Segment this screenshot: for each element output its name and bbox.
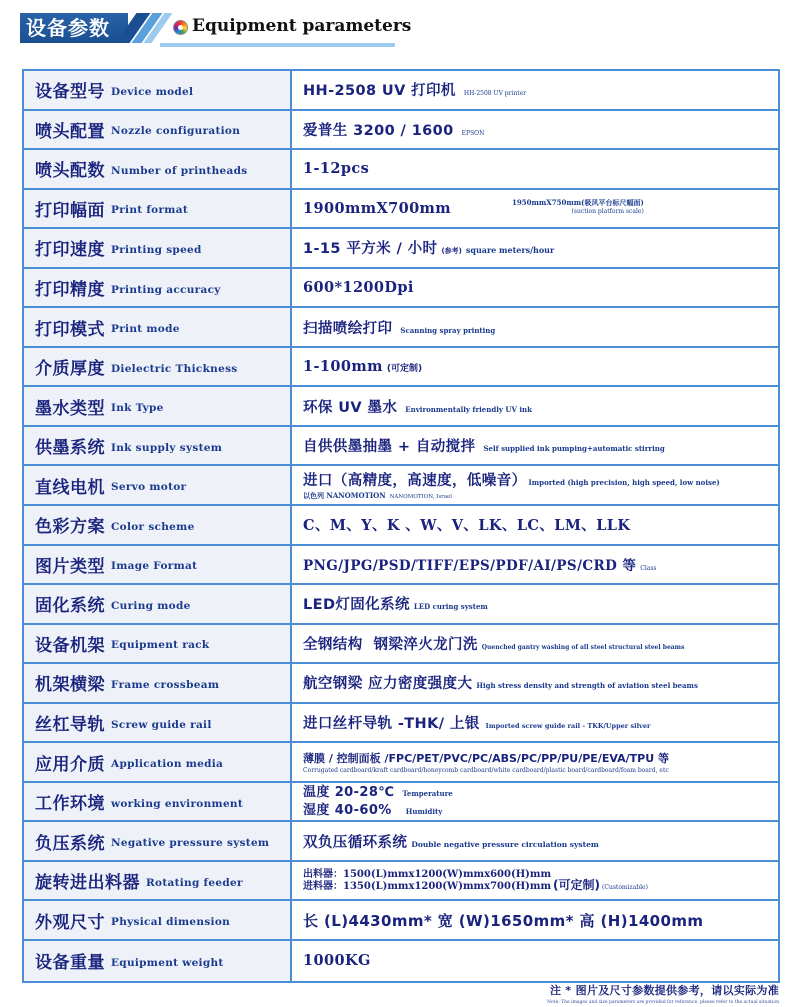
label-en: Frame crossbeam — [111, 679, 219, 691]
label-cn: 工作环境 — [35, 789, 105, 814]
value-main: 双负压循环系统 — [303, 831, 407, 852]
value-sub: Corrugated cardboard/kraft cardboard/hon… — [303, 767, 669, 774]
value-main: 1-100mm — [303, 358, 383, 375]
spec-row-number-of-printheads: 喷头配数 Number of printheads 1-12pcs — [24, 150, 778, 190]
spec-table: 设备型号 Device model HH-2508 UV 打印机 HH-2508… — [22, 69, 780, 983]
label-cn: 直线电机 — [35, 473, 105, 498]
label-cell: 丝杠导轨 Screw guide rail — [24, 704, 292, 742]
label-cell: 设备型号 Device model — [24, 71, 292, 109]
spec-row-screw-guide-rail: 丝杠导轨 Screw guide rail 进口丝杆导轨 -THK/ 上银 Im… — [24, 704, 778, 744]
spec-row-equipment-weight: 设备重量 Equipment weight 1000KG — [24, 941, 778, 981]
color-wheel-icon — [173, 20, 188, 35]
value-main: 自供供墨抽墨 + 自动搅拌 — [303, 435, 475, 456]
value-cell: 1-100mm (可定制) — [292, 348, 778, 386]
label-cn: 机架横梁 — [35, 670, 105, 695]
value-cell: 薄膜 / 控制面板 /FPC/PET/PVC/PC/ABS/PC/PP/PU/P… — [292, 743, 778, 781]
spec-row-ink-type: 墨水类型 Ink Type 环保 UV 墨水 Environmentally f… — [24, 387, 778, 427]
label-en: Printing speed — [111, 244, 202, 256]
label-cn: 打印速度 — [35, 235, 105, 260]
label-en: Nozzle configuration — [111, 125, 240, 137]
value-en: Class — [640, 565, 656, 572]
spec-row-physical-dimension: 外观尺寸 Physical dimension 长 (L)4430mm* 宽 (… — [24, 901, 778, 941]
value-main: C、M、Y、K 、W、V、LK、LC、LM、LLK — [303, 514, 630, 535]
label-cell: 喷头配置 Nozzle configuration — [24, 111, 292, 149]
label-cn: 设备重量 — [35, 948, 105, 973]
value-main: 环保 UV 墨水 — [303, 396, 397, 417]
value-cell: 爱普生 3200 / 1600 EPSON — [292, 111, 778, 149]
value-cell: 全钢结构 钢梁淬火龙门洗 Quenched gantry washing of … — [292, 625, 778, 663]
label-en: Screw guide rail — [111, 719, 212, 731]
value-en: Environmentally friendly UV ink — [405, 405, 532, 414]
label-cell: 外观尺寸 Physical dimension — [24, 901, 292, 939]
value-main: 进口丝杆导轨 -THK/ 上银 — [303, 712, 480, 733]
label-cell: 固化系统 Curing mode — [24, 585, 292, 623]
value-en: Self supplied ink pumping+automatic stir… — [483, 444, 664, 453]
humidity-label-en: Humidity — [406, 803, 443, 820]
value-main: 扫描喷绘打印 — [303, 317, 392, 338]
label-en: Ink supply system — [111, 442, 222, 454]
label-cell: 负压系统 Negative pressure system — [24, 822, 292, 860]
label-en: Print mode — [111, 323, 180, 335]
spec-row-negative-pressure-system: 负压系统 Negative pressure system 双负压循环系统 Do… — [24, 822, 778, 862]
value-cell: PNG/JPG/PSD/TIFF/EPS/PDF/AI/PS/CRD 等 Cla… — [292, 546, 778, 584]
spec-row-image-format: 图片类型 Image Format PNG/JPG/PSD/TIFF/EPS/P… — [24, 546, 778, 586]
value-cell: 600*1200Dpi — [292, 269, 778, 307]
spec-row-servo-motor: 直线电机 Servo motor 进口（高精度，高速度，低噪音） Importe… — [24, 466, 778, 506]
value-cell: 1-15 平方米 / 小时 (参考) square meters/hour — [292, 229, 778, 267]
value-en: Quenched gantry washing of all steel str… — [482, 644, 685, 651]
label-en: Image Format — [111, 560, 197, 572]
value-en: Imported screw guide rail - TKK/Upper si… — [486, 722, 651, 730]
customizable-en: (Customizable) — [602, 884, 648, 891]
section-title-cn: 设备参数 — [20, 13, 128, 43]
label-en: Print format — [111, 204, 188, 216]
footer-note-cn: 注 * 图片及尺寸参数提供参考，请以实际为准 — [547, 982, 779, 998]
label-cell: 图片类型 Image Format — [24, 546, 292, 584]
value-main: 1-12pcs — [303, 160, 369, 177]
temperature-label-en: Temperature — [402, 785, 452, 802]
value-cell: 扫描喷绘打印 Scanning spray printing — [292, 308, 778, 346]
label-cn: 旋转进出料器 — [35, 868, 140, 893]
label-cn: 负压系统 — [35, 829, 105, 854]
value-cell: 进口（高精度，高速度，低噪音） Imported (high precision… — [292, 466, 778, 504]
label-cell: 设备机架 Equipment rack — [24, 625, 292, 663]
spec-row-curing-mode: 固化系统 Curing mode LED灯固化系统 LED curing sys… — [24, 585, 778, 625]
value-sub-en: NANOMOTION, Israel — [390, 494, 452, 500]
value-main: 全钢结构 钢梁淬火龙门洗 — [303, 633, 478, 654]
label-cn: 打印模式 — [35, 315, 105, 340]
label-cn: 介质厚度 — [35, 354, 105, 379]
label-cell: 应用介质 Application media — [24, 743, 292, 781]
label-cn: 丝杠导轨 — [35, 710, 105, 735]
label-en: Servo motor — [111, 481, 186, 493]
spec-row-ink-supply-system: 供墨系统 Ink supply system 自供供墨抽墨 + 自动搅拌 Sel… — [24, 427, 778, 467]
label-cell: 供墨系统 Ink supply system — [24, 427, 292, 465]
value-main: HH-2508 UV 打印机 — [303, 79, 456, 100]
value-en: EPSON — [462, 130, 485, 137]
spec-row-frame-crossbeam: 机架横梁 Frame crossbeam 航空钢梁 应力密度强度大 High s… — [24, 664, 778, 704]
value-cell: 环保 UV 墨水 Environmentally friendly UV ink — [292, 387, 778, 425]
label-en: Device model — [111, 86, 193, 98]
label-cell: 打印幅面 Print format — [24, 190, 292, 228]
spec-row-rotating-feeder: 旋转进出料器 Rotating feeder 出料器：1500(L)mmx120… — [24, 862, 778, 902]
label-cell: 机架横梁 Frame crossbeam — [24, 664, 292, 702]
value-cell: 1-12pcs — [292, 150, 778, 188]
label-cell: 介质厚度 Dielectric Thickness — [24, 348, 292, 386]
value-cell: 航空钢梁 应力密度强度大 High stress density and str… — [292, 664, 778, 702]
footer-note: 注 * 图片及尺寸参数提供参考，请以实际为准 Note: The images … — [547, 982, 779, 1005]
label-en: Equipment weight — [111, 957, 224, 969]
value-cell: 1900mmX700mm 1950mmX750mm(吸风平台标尺幅面) (suc… — [292, 190, 778, 228]
section-title-en: Equipment parameters — [192, 16, 411, 36]
value-main: 1900mmX700mm — [303, 200, 451, 217]
label-cell: 直线电机 Servo motor — [24, 466, 292, 504]
spec-row-nozzle-configuration: 喷头配置 Nozzle configuration 爱普生 3200 / 160… — [24, 111, 778, 151]
value-paren: (可定制) — [387, 361, 422, 374]
note-line-2: (suction platform scale) — [512, 208, 644, 215]
value-en: Double negative pressure circulation sys… — [411, 840, 598, 849]
label-cn: 应用介质 — [35, 750, 105, 775]
label-en: Printing accuracy — [111, 284, 221, 296]
feeder-dimensions: 进料器：1350(L)mmx1200(W)mmx700(H)mm — [303, 881, 551, 893]
label-en: Number of printheads — [111, 165, 247, 177]
label-cn: 设备型号 — [35, 77, 105, 102]
label-en: Physical dimension — [111, 916, 230, 928]
banner-underline — [160, 43, 395, 47]
footer-note-en: Note: The images and size parameters are… — [547, 1000, 779, 1005]
value-en: square meters/hour — [466, 245, 554, 255]
spec-row-equipment-rack: 设备机架 Equipment rack 全钢结构 钢梁淬火龙门洗 Quenche… — [24, 625, 778, 665]
label-en: working environment — [111, 798, 243, 810]
label-cell: 旋转进出料器 Rotating feeder — [24, 862, 292, 900]
value-en: Imported (high precision, high speed, lo… — [529, 478, 720, 487]
customizable-cn: (可定制) — [553, 876, 600, 893]
label-cn: 墨水类型 — [35, 394, 105, 419]
value-cell: 长 (L)4430mm* 宽 (W)1650mm* 高 (H)1400mm — [292, 901, 778, 939]
value-cell: 进口丝杆导轨 -THK/ 上银 Imported screw guide rai… — [292, 704, 778, 742]
value-main: PNG/JPG/PSD/TIFF/EPS/PDF/AI/PS/CRD 等 — [303, 554, 636, 574]
value-main: 1-15 平方米 / 小时 — [303, 237, 437, 258]
discharger-dimensions: 出料器：1500(L)mmx1200(W)mmx600(H)mm — [303, 869, 551, 881]
label-cn: 色彩方案 — [35, 512, 105, 537]
spec-row-print-mode: 打印模式 Print mode 扫描喷绘打印 Scanning spray pr… — [24, 308, 778, 348]
value-cell: 温度 20-28℃ Temperature 湿度 40-60% Humidity — [292, 783, 778, 821]
value-en: HH-2508 UV printer — [464, 90, 526, 97]
label-cn: 外观尺寸 — [35, 908, 105, 933]
spec-row-device-model: 设备型号 Device model HH-2508 UV 打印机 HH-2508… — [24, 71, 778, 111]
spec-row-dielectric-thickness: 介质厚度 Dielectric Thickness 1-100mm (可定制) — [24, 348, 778, 388]
value-main: 薄膜 / 控制面板 /FPC/PET/PVC/PC/ABS/PC/PP/PU/P… — [303, 750, 669, 766]
value-en: High stress density and strength of avia… — [476, 681, 698, 690]
label-cell: 设备重量 Equipment weight — [24, 941, 292, 981]
value-cell: C、M、Y、K 、W、V、LK、LC、LM、LLK — [292, 506, 778, 544]
spec-row-printing-speed: 打印速度 Printing speed 1-15 平方米 / 小时 (参考) s… — [24, 229, 778, 269]
label-cell: 色彩方案 Color scheme — [24, 506, 292, 544]
value-cell: 出料器：1500(L)mmx1200(W)mmx600(H)mm 进料器：135… — [292, 862, 778, 900]
suction-platform-note: 1950mmX750mm(吸风平台标尺幅面) (suction platform… — [512, 198, 644, 215]
label-cn: 供墨系统 — [35, 433, 105, 458]
section-header: 设备参数 Equipment parameters — [20, 13, 380, 49]
spec-row-application-media: 应用介质 Application media 薄膜 / 控制面板 /FPC/PE… — [24, 743, 778, 783]
humidity-value: 湿度 40-60% — [303, 802, 392, 819]
label-cell: 打印速度 Printing speed — [24, 229, 292, 267]
value-main: 600*1200Dpi — [303, 279, 414, 296]
label-en: Equipment rack — [111, 639, 209, 651]
value-cell: HH-2508 UV 打印机 HH-2508 UV printer — [292, 71, 778, 109]
label-cn: 设备机架 — [35, 631, 105, 656]
value-en: LED curing system — [414, 602, 488, 611]
spec-row-printing-accuracy: 打印精度 Printing accuracy 600*1200Dpi — [24, 269, 778, 309]
label-cn: 图片类型 — [35, 552, 105, 577]
label-cn: 固化系统 — [35, 591, 105, 616]
value-sub: 以色列 NANOMOTION — [303, 491, 386, 501]
value-main: 进口（高精度，高速度，低噪音） — [303, 469, 527, 490]
label-en: Negative pressure system — [111, 837, 269, 849]
value-main: LED灯固化系统 — [303, 593, 410, 614]
label-en: Rotating feeder — [146, 877, 243, 889]
value-en: Scanning spray printing — [400, 326, 495, 335]
label-en: Color scheme — [111, 521, 195, 533]
value-main: 爱普生 3200 / 1600 — [303, 119, 454, 140]
label-cn: 喷头配置 — [35, 117, 105, 142]
note-line-1: 1950mmX750mm(吸风平台标尺幅面) — [512, 198, 644, 208]
value-paren: (参考) — [441, 246, 461, 256]
label-cell: 工作环境 working environment — [24, 783, 292, 821]
value-cell: LED灯固化系统 LED curing system — [292, 585, 778, 623]
label-cell: 打印精度 Printing accuracy — [24, 269, 292, 307]
spec-row-working-environment: 工作环境 working environment 温度 20-28℃ Tempe… — [24, 783, 778, 823]
label-cell: 墨水类型 Ink Type — [24, 387, 292, 425]
label-en: Ink Type — [111, 402, 164, 414]
label-cell: 喷头配数 Number of printheads — [24, 150, 292, 188]
label-en: Dielectric Thickness — [111, 363, 238, 375]
spec-row-print-format: 打印幅面 Print format 1900mmX700mm 1950mmX75… — [24, 190, 778, 230]
value-cell: 双负压循环系统 Double negative pressure circula… — [292, 822, 778, 860]
value-main: 长 (L)4430mm* 宽 (W)1650mm* 高 (H)1400mm — [303, 910, 703, 931]
label-cell: 打印模式 Print mode — [24, 308, 292, 346]
label-en: Curing mode — [111, 600, 191, 612]
label-cn: 打印幅面 — [35, 196, 105, 221]
value-main: 航空钢梁 应力密度强度大 — [303, 672, 472, 693]
label-en: Application media — [111, 758, 223, 770]
temperature-value: 温度 20-28℃ — [303, 784, 394, 801]
value-cell: 1000KG — [292, 941, 778, 981]
label-cn: 喷头配数 — [35, 156, 105, 181]
label-cn: 打印精度 — [35, 275, 105, 300]
value-cell: 自供供墨抽墨 + 自动搅拌 Self supplied ink pumping+… — [292, 427, 778, 465]
value-main: 1000KG — [303, 952, 371, 969]
spec-row-color-scheme: 色彩方案 Color scheme C、M、Y、K 、W、V、LK、LC、LM、… — [24, 506, 778, 546]
